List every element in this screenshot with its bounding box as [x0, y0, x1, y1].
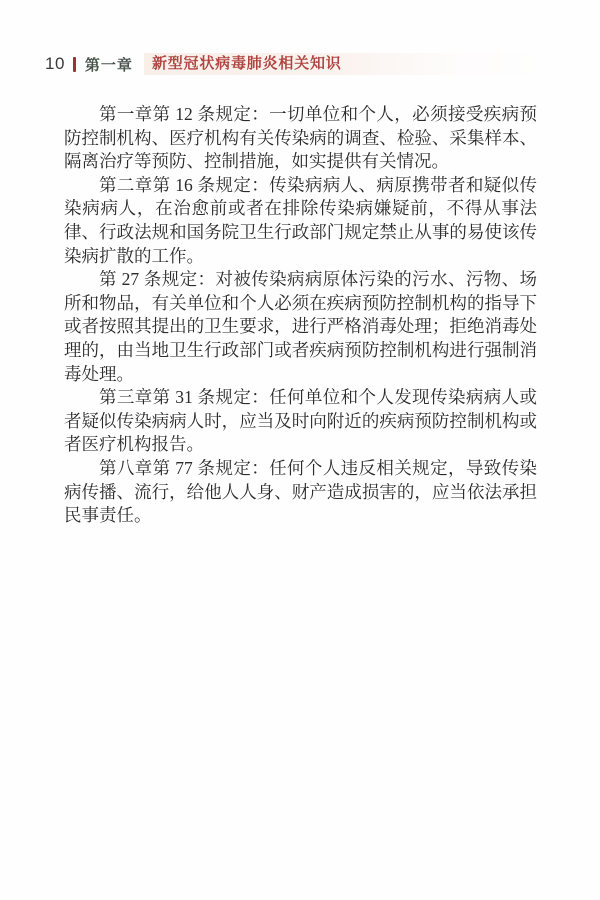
page-body: 第一章第 12 条规定：一切单位和个人，必须接受疾病预防控制机构、医疗机构有关传… [64, 103, 537, 528]
book-page: 10 第一章 新型冠状病毒肺炎相关知识 第一章第 12 条规定：一切单位和个人，… [0, 0, 600, 900]
paragraph-article-77: 第八章第 77 条规定：任何个人违反相关规定，导致传染病传播、流行，给他人人身、… [64, 457, 537, 528]
paragraph-article-12: 第一章第 12 条规定：一切单位和个人，必须接受疾病预防控制机构、医疗机构有关传… [64, 103, 537, 174]
paragraph-article-31: 第三章第 31 条规定：任何单位和个人发现传染病病人或者疑似传染病病人时，应当及… [64, 386, 537, 457]
page-header: 10 第一章 新型冠状病毒肺炎相关知识 [45, 52, 555, 76]
chapter-title: 新型冠状病毒肺炎相关知识 [152, 55, 342, 72]
chapter-label: 第一章 [85, 54, 133, 75]
paragraph-article-27: 第 27 条规定：对被传染病病原体污染的污水、污物、场所和物品，有关单位和个人必… [64, 268, 537, 386]
chapter-title-band: 新型冠状病毒肺炎相关知识 [144, 53, 555, 75]
paragraph-article-16: 第二章第 16 条规定：传染病病人、病原携带者和疑似传染病病人，在治愈前或者在排… [64, 174, 537, 268]
page-number: 10 [45, 54, 65, 74]
header-divider-bar [73, 57, 76, 72]
